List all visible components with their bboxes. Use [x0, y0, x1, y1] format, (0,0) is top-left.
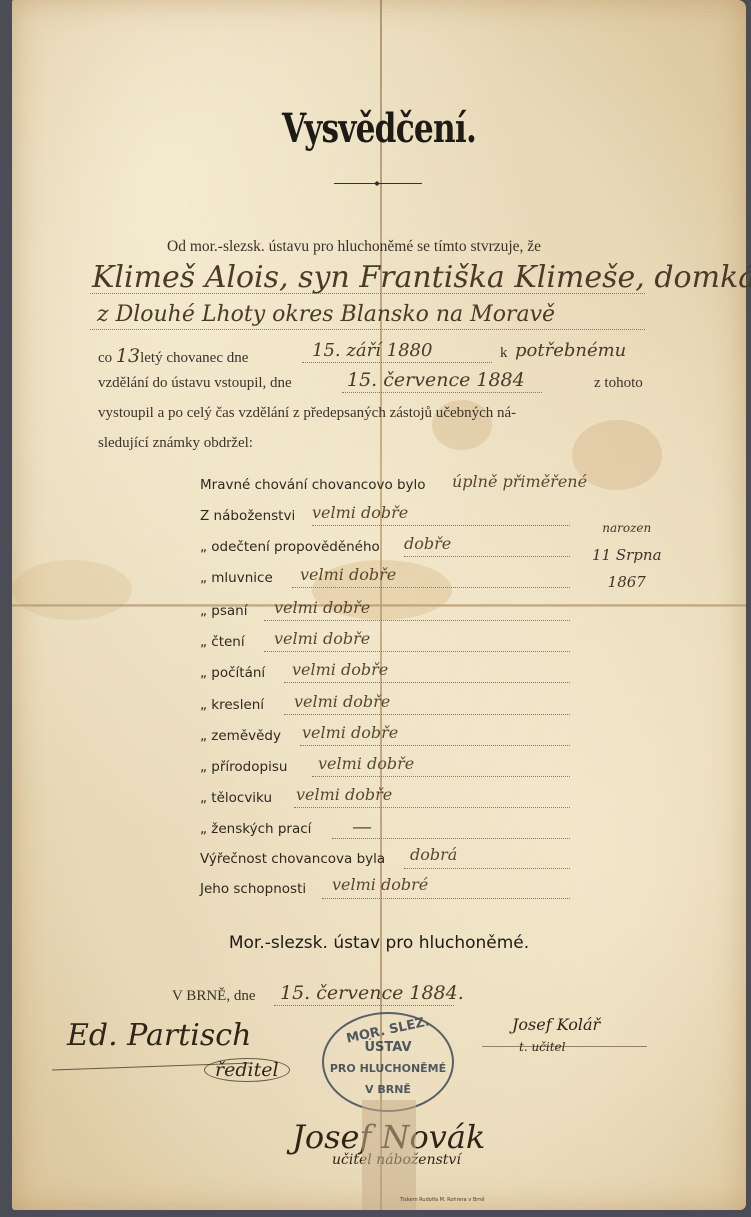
director-signature: Ed. Partisch — [67, 1018, 251, 1053]
intro-line-2: co 13letý chovanec dne — [98, 345, 248, 367]
horizontal-fold — [12, 604, 746, 607]
grade-label: „ kreslení — [200, 697, 264, 713]
grade-value: dobře — [404, 534, 451, 553]
grade-value: velmi dobře — [294, 692, 390, 711]
grade-label: „ přírodopisu — [200, 759, 287, 775]
fill-line — [284, 713, 570, 715]
grade-value: velmi dobře — [274, 598, 370, 617]
director-title: ředitel — [204, 1058, 290, 1082]
teacher-signature: Josef Kolář — [512, 1015, 600, 1034]
repair-tape — [362, 1100, 416, 1210]
stamp-line: PRO HLUCHONĚMÉ — [324, 1060, 452, 1077]
grade-value: velmi dobře — [302, 723, 398, 742]
grade-label: Jeho schopnosti — [200, 881, 306, 897]
grade-value: velmi dobře — [300, 565, 396, 584]
printer-mark: Tiskem Rudolfa M. Rohrera v Brně — [400, 1197, 485, 1203]
grade-label: Mravné chování chovancovo bylo — [200, 477, 426, 493]
fill-line — [264, 619, 570, 621]
grade-label: Výřečnost chovancova byla — [200, 851, 385, 867]
intro-line-3-suffix: z tohoto — [594, 375, 643, 392]
fill-line — [312, 524, 570, 526]
grade-value: velmi dobře — [312, 503, 408, 522]
certificate-paper: Vysvědčení. Od mor.-slezsk. ústavu pro h… — [12, 0, 746, 1210]
grade-label: Z náboženstvi — [200, 508, 295, 524]
stain — [12, 560, 132, 620]
fill-line — [342, 391, 542, 393]
entry-purpose: potřebnému — [515, 340, 626, 361]
fill-line — [312, 775, 570, 777]
fill-line — [300, 744, 570, 746]
grade-label: „ ženských prací — [200, 821, 311, 837]
signature-flourish — [482, 1046, 647, 1047]
birth-note-line: 11 Srpna — [592, 542, 662, 569]
stamp-line: V BRNĚ — [324, 1081, 452, 1098]
grade-label: „ psaní — [200, 603, 247, 619]
institution-stamp: MOR. SLEZ. ÚSTAV PRO HLUCHONĚMÉ V BRNĚ — [322, 1012, 454, 1112]
intro-line-3: vzdělání do ústavu vstoupil, dne — [98, 375, 292, 392]
entry-k: k — [500, 345, 508, 362]
grade-value: dobrá — [410, 845, 457, 864]
birth-note-line: 1867 — [592, 569, 662, 596]
fill-line — [294, 806, 570, 808]
intro-line-4: vystoupil a po celý čas vzdělání z přede… — [98, 405, 516, 422]
grade-value: velmi dobré — [332, 875, 428, 894]
fill-line — [90, 328, 645, 330]
title-ornament — [334, 183, 422, 184]
fill-line — [274, 1004, 454, 1006]
student-origin: z Dlouhé Lhoty okres Blansko na Moravě — [97, 302, 555, 327]
grade-label: „ tělocviku — [200, 790, 272, 806]
place-prefix: V BRNĚ, dne — [172, 988, 255, 1005]
grade-value: velmi dobře — [292, 660, 388, 679]
birth-note: narozen 11 Srpna 1867 — [592, 515, 662, 596]
age-suffix: letý chovanec dne — [140, 350, 248, 366]
fill-line — [302, 361, 492, 363]
age-value: 13 — [116, 345, 140, 367]
fill-line — [264, 650, 570, 652]
student-name: Klimeš Alois, syn Františka Klimeše, dom… — [92, 260, 751, 295]
grade-value: — — [352, 814, 372, 838]
fill-line — [322, 897, 570, 899]
grade-label: „ čtení — [200, 634, 245, 650]
intro-line-1: Od mor.-slezsk. ústavu pro hluchoněmé se… — [167, 238, 541, 256]
grade-label: „ počítání — [200, 665, 265, 681]
document-title: Vysvědčení. — [93, 105, 666, 152]
exit-date: 15. července 1884 — [347, 369, 525, 391]
grade-label: „ zeměvědy — [200, 728, 281, 744]
teacher-title: t. učitel — [519, 1040, 566, 1054]
age-prefix: co — [98, 350, 112, 366]
fill-line — [292, 586, 570, 588]
intro-line-5: sledující známky obdržel: — [98, 435, 253, 452]
grade-value: velmi dobře — [318, 754, 414, 773]
birth-note-line: narozen — [592, 515, 662, 542]
grade-value: velmi dobře — [274, 629, 370, 648]
fill-line — [404, 867, 570, 869]
grade-value: velmi dobře — [296, 785, 392, 804]
institution-name: Mor.-slezsk. ústav pro hluchoněmé. — [12, 933, 746, 953]
grade-label: „ odečtení propověděného — [200, 539, 380, 555]
grade-label: „ mluvnice — [200, 570, 273, 586]
entry-date: 15. září 1880 — [312, 340, 432, 361]
fill-line — [404, 555, 570, 557]
place-date: 15. července 1884. — [280, 982, 464, 1004]
grade-value: úplně přiměřené — [452, 472, 587, 491]
fill-line — [284, 681, 570, 683]
